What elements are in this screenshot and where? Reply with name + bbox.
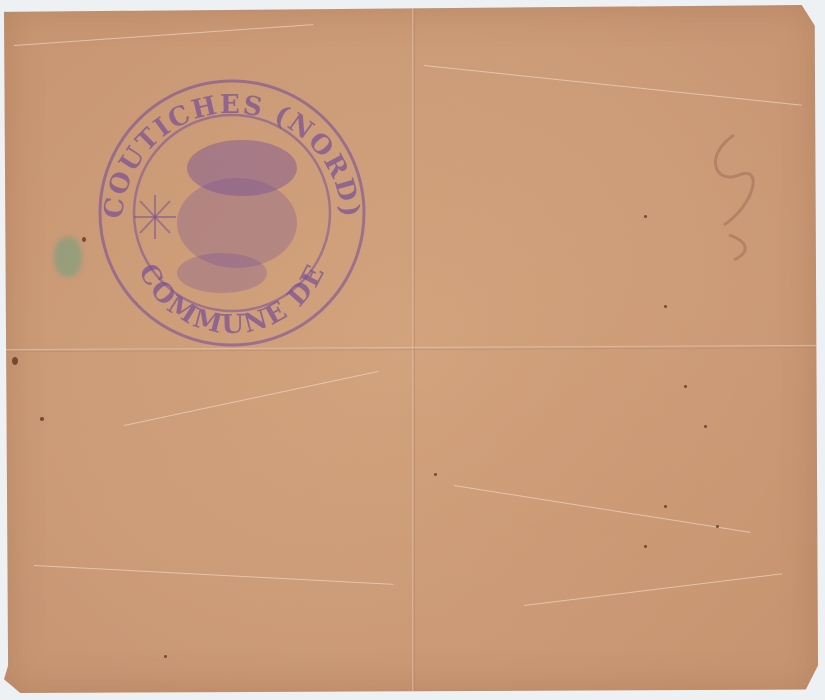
star-icon	[134, 195, 176, 239]
ink-spot	[684, 385, 687, 388]
ink-spot	[434, 473, 437, 476]
ink-spot	[164, 655, 167, 658]
crack-line	[524, 573, 782, 606]
green-stain	[54, 237, 82, 277]
ink-spot	[40, 417, 44, 421]
ink-spot	[82, 237, 86, 242]
stamp-graphic: COUTICHES (NORD) COMMUNE DE	[92, 73, 372, 353]
ink-spot	[664, 305, 667, 308]
document-canvas: COUTICHES (NORD) COMMUNE DE	[0, 0, 825, 700]
crack-line	[34, 565, 394, 585]
faint-handwriting	[694, 125, 774, 265]
crack-line	[454, 485, 750, 533]
crack-line	[124, 371, 379, 426]
animal-emblem-icon	[177, 140, 297, 293]
ink-spot	[644, 215, 647, 218]
ink-spot	[12, 357, 18, 365]
ink-spot	[664, 505, 667, 508]
paper-note: COUTICHES (NORD) COMMUNE DE	[4, 5, 818, 693]
crack-line	[14, 24, 313, 46]
ink-spot	[716, 525, 719, 528]
commune-stamp: COUTICHES (NORD) COMMUNE DE	[92, 73, 372, 353]
ink-spot	[644, 545, 647, 548]
ink-spot	[704, 425, 707, 428]
crack-line	[424, 65, 802, 106]
